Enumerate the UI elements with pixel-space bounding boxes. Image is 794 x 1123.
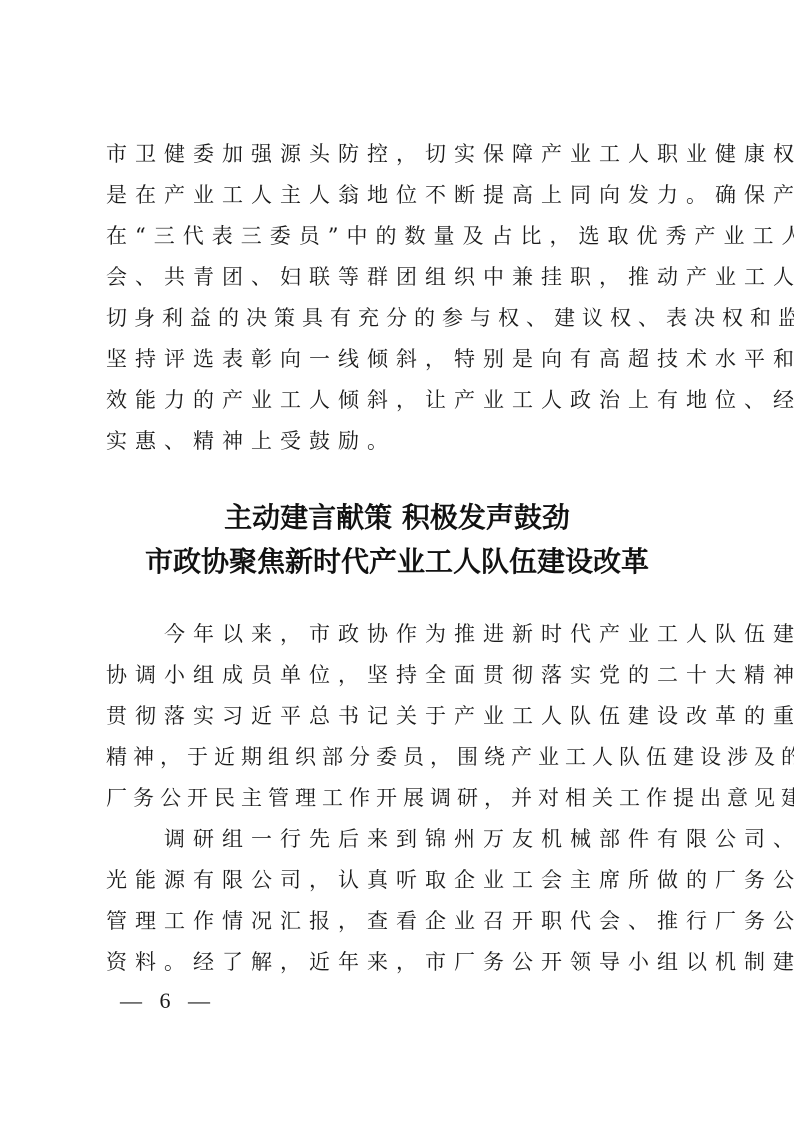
text-line: 是在产业工人主人翁地位不断提高上同向发力。确保产业工人 — [106, 175, 692, 216]
text-line: 效能力的产业工人倾斜，让产业工人政治上有地位、经济上得 — [106, 380, 692, 421]
text-line: 市卫健委加强源头防控，切实保障产业工人职业健康权益。四 — [106, 134, 692, 175]
text-line: 会、共青团、妇联等群团组织中兼挂职，推动产业工人对涉及 — [106, 257, 692, 298]
text-line: 厂务公开民主管理工作开展调研，并对相关工作提出意见建议。 — [106, 778, 692, 819]
page-number: — 6 — — [120, 988, 216, 1014]
text-line: 协调小组成员单位，坚持全面贯彻落实党的二十大精神，深入 — [106, 655, 692, 696]
text-line: 在“三代表三委员”中的数量及占比，选取优秀产业工人在工 — [106, 216, 692, 257]
text-line: 切身利益的决策具有充分的参与权、建议权、表决权和监督权。 — [106, 298, 692, 339]
text-line: 实惠、精神上受鼓励。 — [106, 421, 692, 462]
text-line: 资料。经了解，近年来，市厂务公开领导小组以机制建设为抓 — [106, 942, 692, 983]
text-line: 调研组一行先后来到锦州万友机械部件有限公司、锦州阳 — [106, 819, 692, 860]
text-line: 今年以来，市政协作为推进新时代产业工人队伍建设改革 — [106, 614, 692, 655]
article-title-line1: 主动建言献策 积极发声鼓劲 — [0, 496, 794, 540]
article-paragraph-1: 今年以来，市政协作为推进新时代产业工人队伍建设改革 协调小组成员单位，坚持全面贯… — [106, 614, 692, 819]
text-line: 光能源有限公司，认真听取企业工会主席所做的厂务公开民主 — [106, 860, 692, 901]
text-line: 管理工作情况汇报，查看企业召开职代会、推行厂务公开工作 — [106, 901, 692, 942]
continued-paragraph: 市卫健委加强源头防控，切实保障产业工人职业健康权益。四 是在产业工人主人翁地位不… — [106, 134, 692, 462]
text-line: 贯彻落实习近平总书记关于产业工人队伍建设改革的重要指示 — [106, 696, 692, 737]
text-line: 精神，于近期组织部分委员，围绕产业工人队伍建设涉及的企业 — [106, 737, 692, 778]
article-paragraph-2: 调研组一行先后来到锦州万友机械部件有限公司、锦州阳 光能源有限公司，认真听取企业… — [106, 819, 692, 983]
document-page: 市卫健委加强源头防控，切实保障产业工人职业健康权益。四 是在产业工人主人翁地位不… — [0, 0, 794, 1123]
article-title-line2: 市政协聚焦新时代产业工人队伍建设改革 — [0, 540, 794, 584]
text-line: 坚持评选表彰向一线倾斜，特别是向有高超技术水平和创新创 — [106, 339, 692, 380]
